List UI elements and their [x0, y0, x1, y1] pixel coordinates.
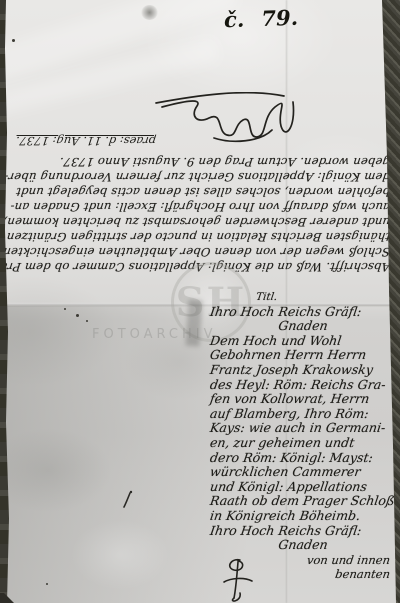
- address-line: Gnaden: [209, 538, 397, 553]
- docket-line: dem Königl: Appellations Gericht zur fer…: [13, 169, 391, 184]
- archival-number-label: č. 79.: [224, 5, 299, 33]
- docket-line: geben worden. Actum Prag den 9. Augusti …: [13, 154, 391, 169]
- light-reflection-streak: [0, 0, 238, 98]
- signature-flourish: [152, 92, 302, 146]
- docket-line: undt anderer Beschwerden gehorsambst zu …: [13, 214, 391, 229]
- address-line: Gnaden: [209, 319, 397, 334]
- ink-smudge: [141, 5, 158, 20]
- document-photo: č. 79. Abschrifft. Waß an die Königl: Ap…: [0, 0, 400, 603]
- address-line: fen von Kollowrat, Herrn: [209, 392, 397, 407]
- address-line: dero Röm: Königl: Mayst:: [209, 451, 397, 466]
- docket-line: auch waß darauff von Ihro Hochgräfl: Exc…: [13, 199, 391, 214]
- docket-line: thänigsten Berichts Relation in puncto d…: [13, 229, 391, 244]
- small-ink-mark: [120, 490, 134, 510]
- stamp-ink-smudge: [185, 300, 202, 347]
- ink-speck: [64, 308, 66, 310]
- ink-speck: [46, 583, 48, 585]
- ink-speck: [76, 314, 79, 317]
- docket-text-block: Abschrifft. Waß an die Königl: Appellati…: [14, 90, 390, 274]
- fotoarchiv-watermark-text: fotoarchiv: [92, 327, 217, 342]
- address-line: in Königreich Böheimb.: [209, 509, 397, 524]
- address-line: Ihro Hoch Reichs Gräfl:: [209, 305, 397, 320]
- address-line: des Heyl: Röm: Reichs Gra-: [209, 378, 397, 393]
- address-block: Titl. Ihro Hoch Reichs Gräfl: Gnaden Dem…: [210, 290, 396, 582]
- address-line: würcklichen Cammerer: [209, 465, 397, 480]
- docket-line: befohlen worden, solches alles ist denen…: [13, 184, 391, 199]
- address-line: Raath ob dem Prager Schloß: [209, 494, 397, 509]
- paraph-flourish: [216, 556, 258, 602]
- docket-footer: praes: d. 11. Aug: 1737.: [14, 92, 390, 154]
- ink-speck: [86, 320, 88, 322]
- docket-line: Abschrifft. Waß an die Königl: Appellati…: [13, 259, 391, 274]
- address-line: en, zur geheimen undt: [209, 436, 397, 451]
- address-line: Gebohrnen Herrn Herrn: [209, 348, 397, 363]
- address-line: Titl.: [209, 290, 397, 305]
- docket-line: Schloß wegen der von denen Ober Ambtleut…: [13, 244, 391, 259]
- address-line: Kays: wie auch in Germani-: [209, 421, 397, 436]
- presentation-date-note: praes: d. 11. Aug: 1737.: [15, 134, 157, 148]
- address-line: Frantz Joseph Krakowsky: [209, 363, 397, 378]
- ink-speck: [12, 39, 15, 42]
- address-line: Ihro Hoch Reichs Gräfl:: [209, 524, 397, 539]
- photo-left-edge: [0, 0, 9, 603]
